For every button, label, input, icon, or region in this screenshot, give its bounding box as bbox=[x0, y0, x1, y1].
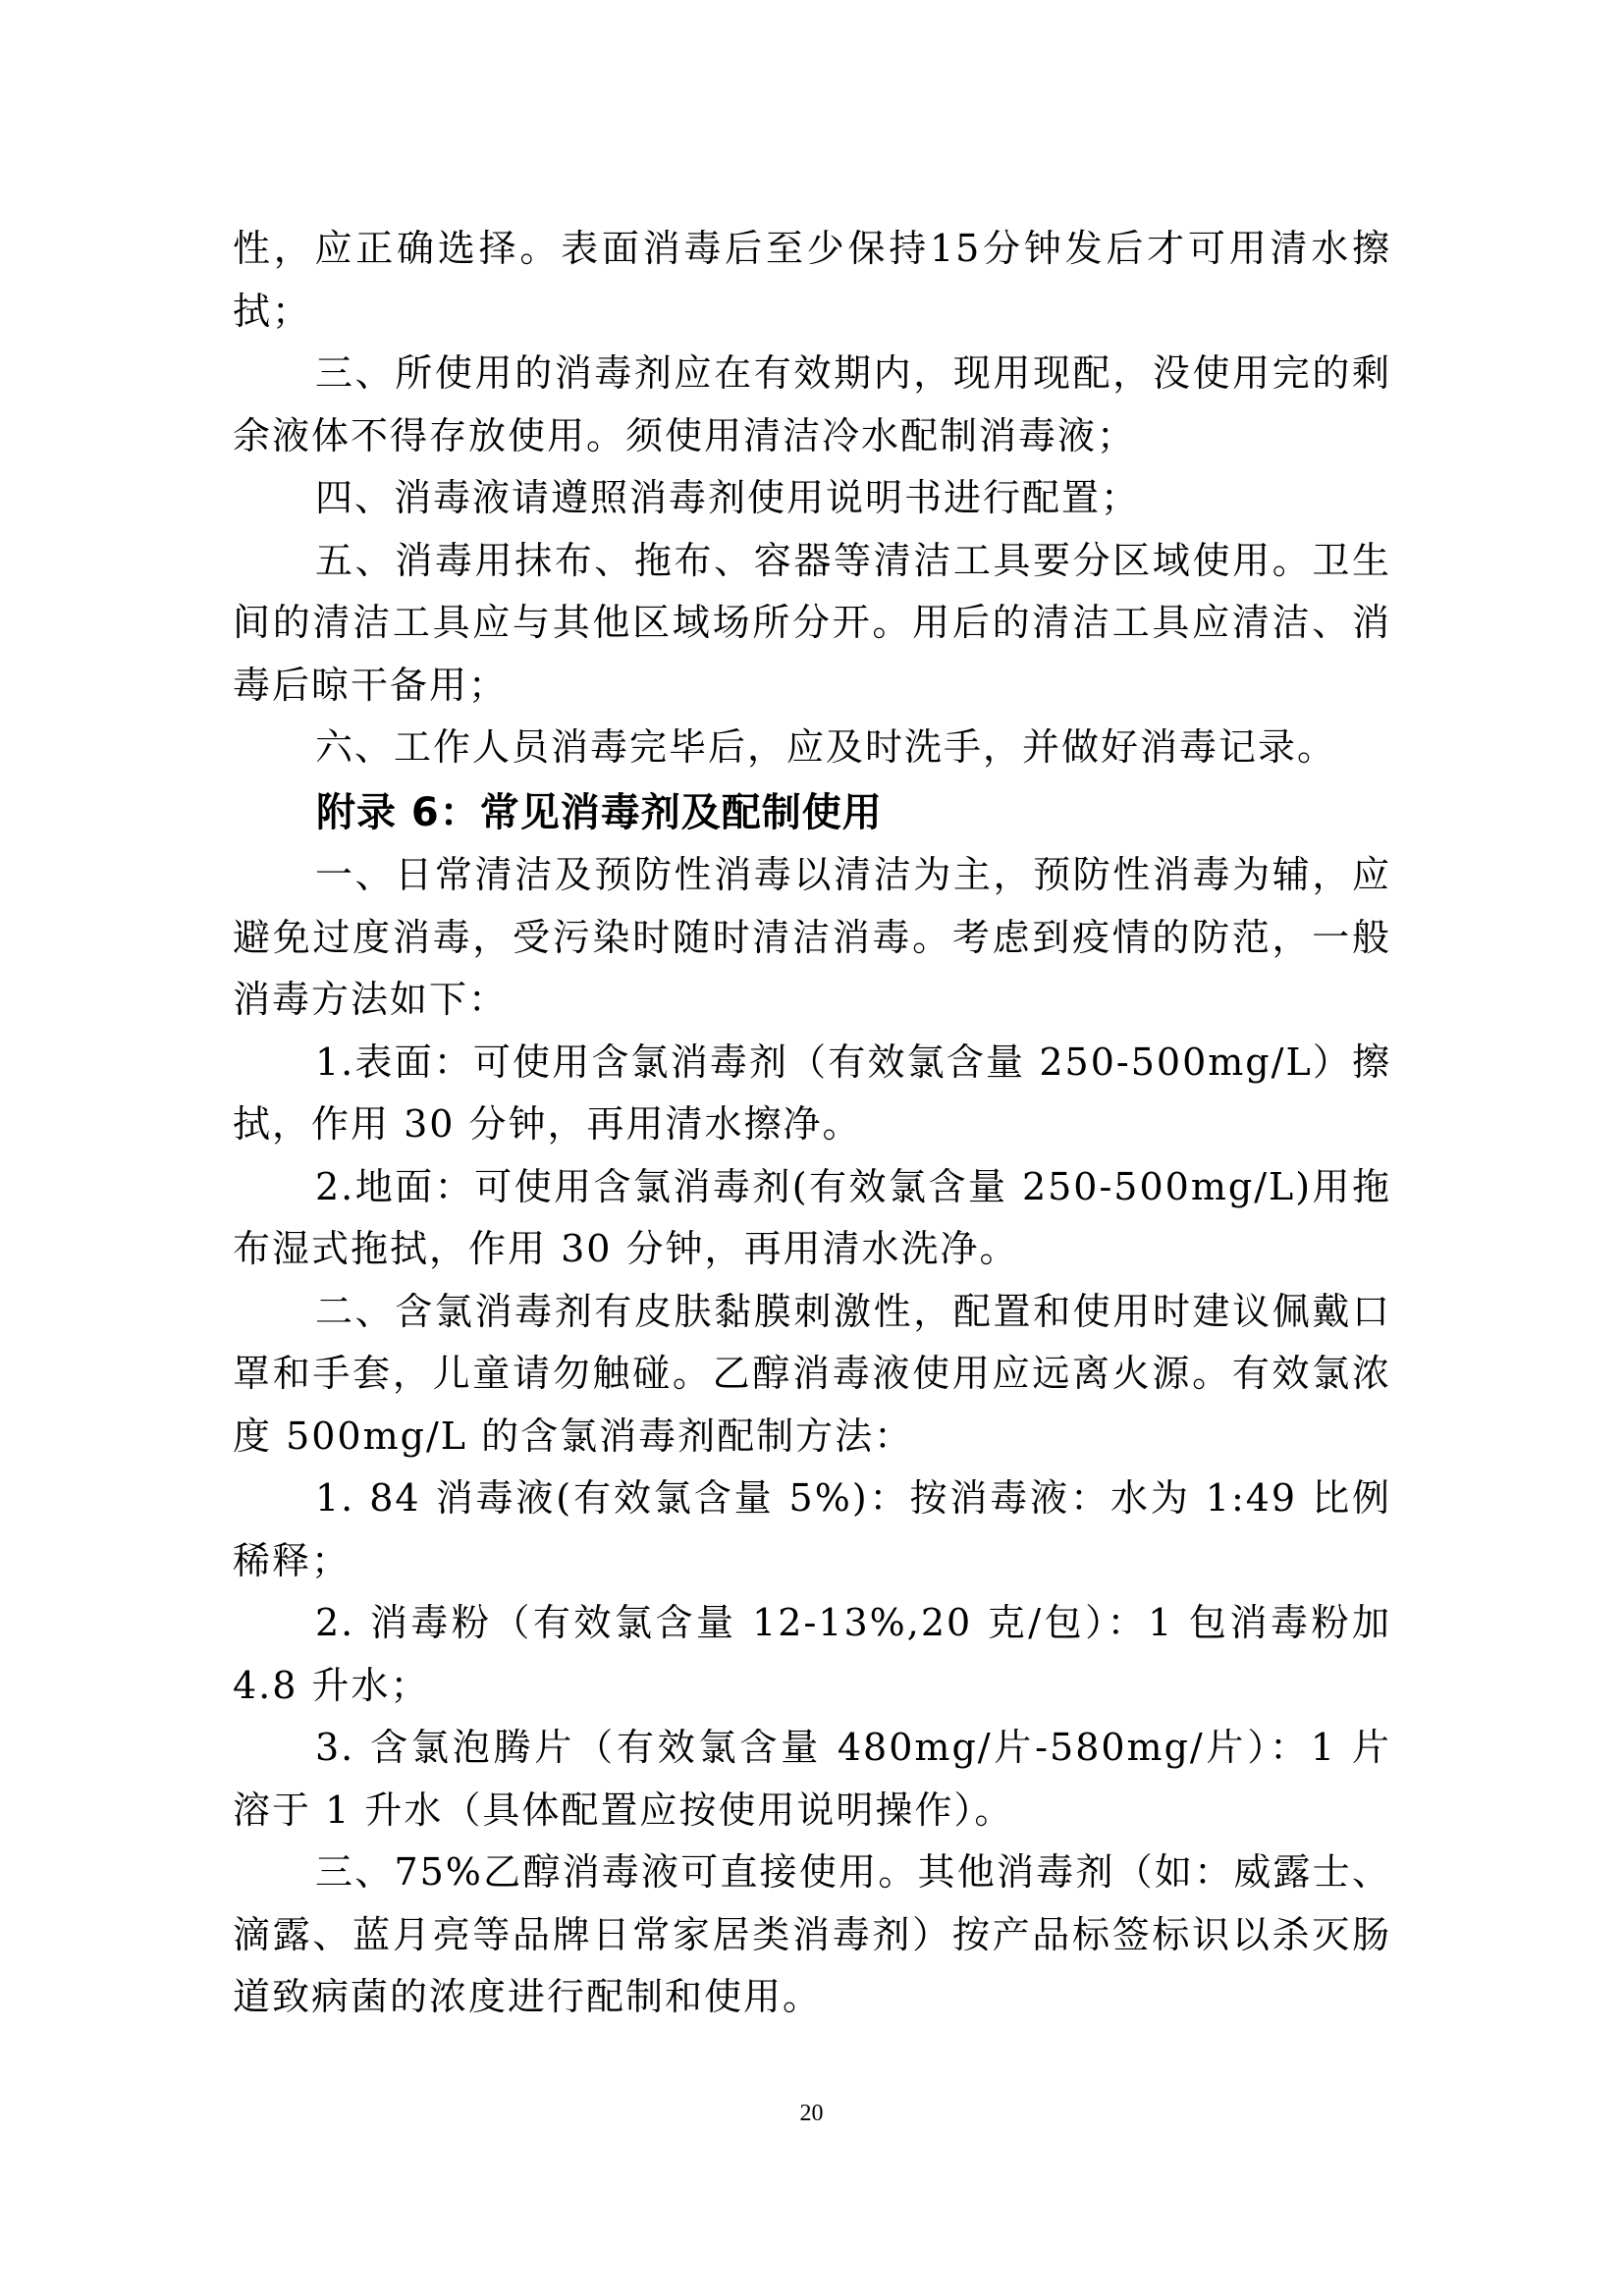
paragraph-powder: 2. 消毒粉（有效氯含量 12-13%,20 克/包）：1 包消毒粉加 4.8 … bbox=[233, 1592, 1391, 1717]
appendix-heading: 附录 6：常见消毒剂及配制使用 bbox=[316, 783, 883, 842]
paragraph-general: 一、日常清洁及预防性消毒以清洁为主，预防性消毒为辅，应避免过度消毒，受污染时随时… bbox=[233, 844, 1391, 1032]
document-page: 性，应正确选择。表面消毒后至少保持15分钟发后才可用清水擦拭； 三、所使用的消毒… bbox=[0, 0, 1623, 2296]
paragraph-item-4: 四、消毒液请遵照消毒剂使用说明书进行配置； bbox=[233, 467, 1391, 530]
paragraph-ethanol: 三、75%乙醇消毒液可直接使用。其他消毒剂（如：威露士、滴露、蓝月亮等品牌日常家… bbox=[233, 1842, 1391, 2029]
paragraph-item-6: 六、工作人员消毒完毕后，应及时洗手，并做好消毒记录。 bbox=[233, 717, 1391, 779]
paragraph-tablet: 3. 含氯泡腾片（有效氯含量 480mg/片-580mg/片）：1 片溶于 1 … bbox=[233, 1717, 1391, 1842]
paragraph-floor: 2.地面：可使用含氯消毒剂(有效氯含量 250-500mg/L)用拖布湿式拖拭，… bbox=[233, 1156, 1391, 1281]
body-section-after: 一、日常清洁及预防性消毒以清洁为主，预防性消毒为辅，应避免过度消毒，受污染时随时… bbox=[233, 844, 1391, 2029]
page-number: 20 bbox=[0, 2101, 1623, 2127]
paragraph-84-liquid: 1. 84 消毒液(有效氯含量 5%)：按消毒液：水为 1:49 比例稀释； bbox=[233, 1468, 1391, 1592]
paragraph-chlorine: 二、含氯消毒剂有皮肤黏膜刺激性，配置和使用时建议佩戴口罩和手套，儿童请勿触碰。乙… bbox=[233, 1281, 1391, 1468]
body-section-before: 性，应正确选择。表面消毒后至少保持15分钟发后才可用清水擦拭； 三、所使用的消毒… bbox=[233, 218, 1391, 779]
paragraph-continuation: 性，应正确选择。表面消毒后至少保持15分钟发后才可用清水擦拭； bbox=[233, 218, 1391, 343]
paragraph-item-3: 三、所使用的消毒剂应在有效期内，现用现配，没使用完的剩余液体不得存放使用。须使用… bbox=[233, 343, 1391, 467]
paragraph-surface: 1.表面：可使用含氯消毒剂（有效氯含量 250-500mg/L）擦拭，作用 30… bbox=[233, 1032, 1391, 1156]
paragraph-item-5: 五、消毒用抹布、拖布、容器等清洁工具要分区域使用。卫生间的清洁工具应与其他区域场… bbox=[233, 530, 1391, 718]
